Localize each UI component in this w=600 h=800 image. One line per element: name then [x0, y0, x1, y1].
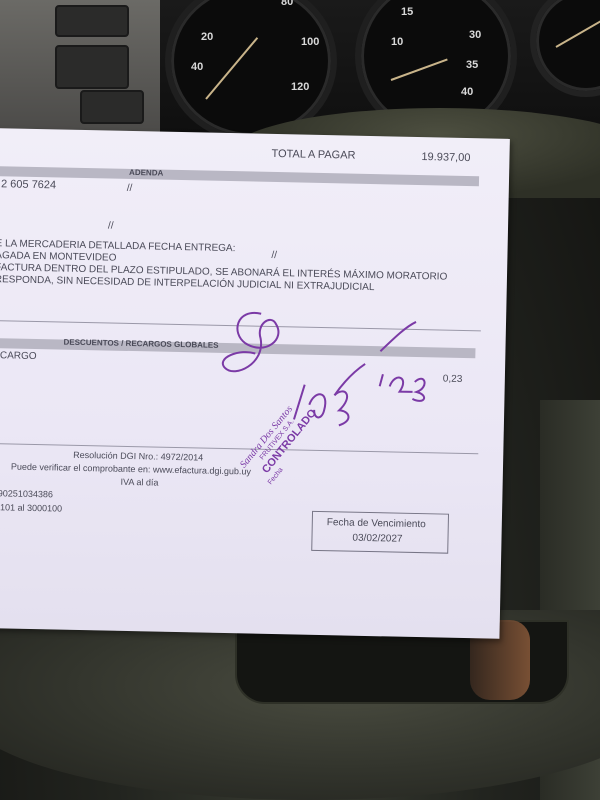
temperature-gauge — [530, 0, 600, 97]
invoice-range: 00101 al 3000100 — [0, 502, 62, 514]
gauge-label: 35 — [466, 59, 478, 71]
gauge-label: 20 — [201, 31, 213, 43]
gauge-label: 15 — [401, 6, 413, 18]
gauge-label: 30 — [469, 29, 481, 41]
dashboard-switch — [55, 45, 129, 89]
gauge-label: 40 — [191, 61, 203, 73]
tachometer-needle — [391, 59, 448, 81]
gauge-label: 120 — [291, 81, 309, 93]
invoice-paper: TOTAL A PAGAR 19.937,00 ADENDA e: 2 605 … — [0, 128, 510, 639]
due-date-label: Fecha de Vencimiento — [327, 517, 426, 530]
gauge-label: 80 — [281, 0, 293, 8]
invoice-number: .: 90251034386 — [0, 488, 53, 499]
speedometer-needle — [205, 37, 258, 100]
dashboard-switch — [55, 5, 129, 37]
dashboard-switch — [80, 90, 144, 124]
due-date-box: Fecha de Vencimiento 03/02/2027 — [311, 511, 449, 554]
gauge-label: 10 — [391, 36, 403, 48]
temperature-needle — [556, 16, 600, 48]
iva-text: IVA al día — [121, 477, 159, 488]
verify-text: Puede verificar el comprobante en: www.e… — [11, 462, 251, 477]
gauge-label: 25 — [461, 0, 473, 3]
gauge-label: 100 — [301, 36, 319, 48]
signature-icon — [0, 128, 510, 459]
gauge-label: 40 — [461, 86, 473, 98]
dashboard-panel — [0, 0, 160, 140]
due-date-value: 03/02/2027 — [352, 533, 402, 545]
